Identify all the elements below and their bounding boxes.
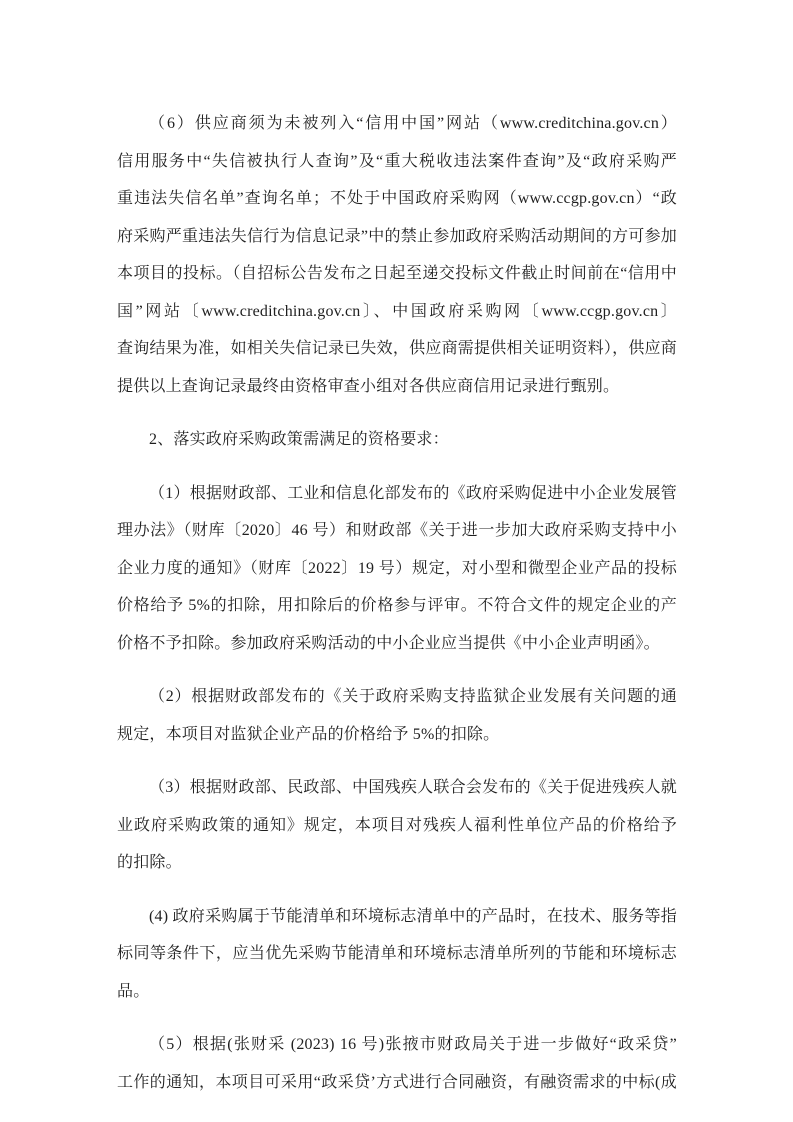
text-line: 信用服务中“失信被执行人查询”及“重大税收违法案件查询”及“政府采购严 — [117, 143, 677, 181]
text-line: 标同等条件下，应当优先采购节能清单和环境标志清单所列的节能和环境标志产 — [117, 935, 677, 973]
text-line: 理办法》（财库〔2020〕46 号）和财政部《关于进一步加大政府采购支持中小 — [117, 512, 677, 550]
text-line: 品。 — [117, 973, 677, 1011]
text-line: 提供以上查询记录最终由资格审查小组对各供应商信用记录进行甄别。 — [117, 368, 677, 406]
text-line: （2）根据财政部发布的《关于政府采购支持监狱企业发展有关问题的通知》 — [117, 678, 677, 716]
text-line: 的扣除。 — [117, 844, 677, 882]
text-line: (4) 政府采购属于节能清单和环境标志清单中的产品时，在技术、服务等指 — [117, 898, 677, 936]
document-page: （6）供应商须为未被列入“信用中国”网站（www.creditchina.gov… — [0, 0, 793, 1122]
text-line: （1）根据财政部、工业和信息化部发布的《政府采购促进中小企业发展管 — [117, 475, 677, 513]
text-line: 工作的通知，本项目可采用“政采贷’方式进行合同融资，有融资需求的中标(成 — [117, 1064, 677, 1102]
text-line: 本项目的投标。（自招标公告发布之日起至递交投标文件截止时间前在“信用中 — [117, 255, 677, 293]
section-heading-line: 2、落实政府采购政策需满足的资格要求： — [117, 421, 677, 459]
text-line: 重违法失信名单”查询名单；不处于中国政府采购网（www.ccgp.gov.cn）… — [117, 180, 677, 218]
text-line: 价格给予 5%的扣除，用扣除后的价格参与评审。不符合文件的规定企业的产品 — [117, 587, 677, 625]
text-line: 企业力度的通知》（财库〔2022〕19 号）规定，对小型和微型企业产品的投标 — [117, 550, 677, 588]
text-line: （5）根据(张财采 (2023) 16 号)张掖市财政局关于进一步做好“政采贷” — [117, 1026, 677, 1064]
text-line: 价格不予扣除。参加政府采购活动的中小企业应当提供《中小企业声明函》。 — [117, 625, 677, 663]
text-line: 国”网站〔www.creditchina.gov.cn〕、中国政府采购网〔www… — [117, 293, 677, 331]
text-line: 府采购严重违法失信行为信息记录”中的禁止参加政府采购活动期间的方可参加 — [117, 218, 677, 256]
document-body: （6）供应商须为未被列入“信用中国”网站（www.creditchina.gov… — [117, 105, 677, 1117]
text-line: 规定，本项目对监狱企业产品的价格给予 5%的扣除。 — [117, 716, 677, 754]
text-line: 业政府采购政策的通知》规定，本项目对残疾人福利性单位产品的价格给予 5% — [117, 807, 677, 845]
text-line: 查询结果为准，如相关失信记录已失效，供应商需提供相关证明资料），供应商 — [117, 330, 677, 368]
text-line: （3）根据财政部、民政部、中国残疾人联合会发布的《关于促进残疾人就 — [117, 769, 677, 807]
text-line: （6）供应商须为未被列入“信用中国”网站（www.creditchina.gov… — [117, 105, 677, 143]
